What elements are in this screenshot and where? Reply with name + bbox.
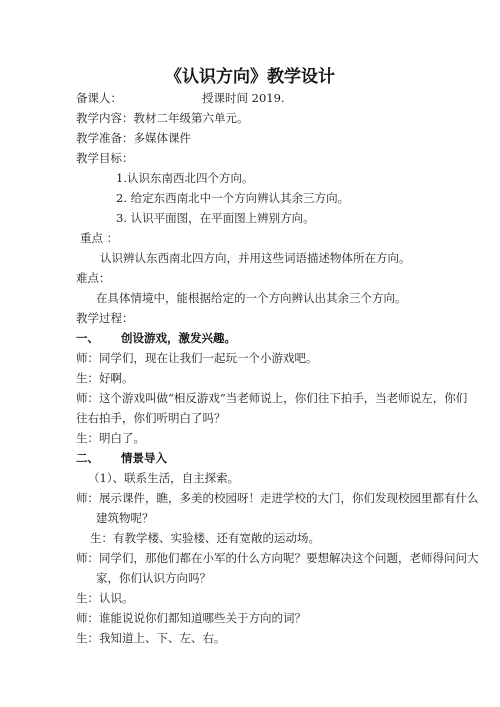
dialogue-line: 师：这个游戏叫做“相反游戏”当老师说上，你们往下拍手，当老师说左，你们: [76, 391, 467, 405]
dialogue-line: 生：认识。: [76, 591, 134, 605]
dialogue-line: 师：展示课件，瞧，多美的校园呀！走进学校的大门，你们发现校园里都有什么: [76, 491, 479, 505]
dialogue-line: 师：同学们，那他们都在小军的什么方向呢？要想解决这个问题，老师得问问大: [76, 551, 479, 565]
section-number: 二、: [76, 451, 99, 465]
difficulty-label: 难点：: [76, 271, 111, 285]
teaching-content: 教学内容：教材二年级第六单元。: [76, 111, 249, 125]
header-row: 备课人：授课时间 2019.: [76, 91, 285, 105]
preparer-label: 备课人：: [76, 91, 122, 105]
key-point-label: 重点 ：: [80, 231, 118, 245]
dialogue-line: 生：好啊。: [76, 371, 134, 385]
subsection-line: （1）、联系生活，自主探索。: [88, 471, 239, 485]
objective-item: 2. 给定东西南北中一个方向辨认其余三方向。: [116, 191, 349, 205]
dialogue-line: 师：同学们，现在让我们一起玩一个小游戏吧。: [76, 351, 318, 365]
dialogue-line: 往右拍手，你们听明白了吗？: [76, 411, 226, 425]
section-title: 创设游戏，激发兴趣。: [121, 331, 236, 345]
dialogue-line: 师：谁能说说你们都知道哪些关于方向的词？: [76, 611, 306, 625]
process-label: 教学过程：: [76, 311, 134, 325]
objective-item: 1.认识东南西北四个方向。: [116, 171, 253, 185]
dialogue-line: 生：有教学楼、实验楼、还有宽敞的运动场。: [90, 531, 320, 545]
class-time-label: 授课时间 2019.: [202, 91, 285, 105]
section-title: 情景导入: [121, 451, 167, 465]
dialogue-line: 家，你们认识方向吗？: [96, 571, 211, 585]
dialogue-line: 生：我知道上、下、左、右。: [76, 631, 226, 645]
document-title: 《认识方向》教学设计: [0, 62, 500, 87]
section-heading: 一、创设游戏，激发兴趣。: [76, 331, 236, 345]
teaching-preparation: 教学准备：多媒体课件: [76, 131, 191, 145]
section-heading: 二、情景导入: [76, 451, 167, 465]
difficulty-text: 在具体情境中，能根据给定的一个方向辨认出其余三个方向。: [96, 291, 407, 305]
objectives-label: 教学目标：: [76, 151, 134, 165]
objective-item: 3. 认识平面图，在平面图上辨别方向。: [116, 211, 315, 225]
dialogue-line: 生：明白了。: [76, 431, 145, 445]
key-point-text: 认识辨认东西南北四方向，并用这些词语描述物体所在方向。: [100, 251, 411, 265]
section-number: 一、: [76, 331, 99, 345]
dialogue-line: 建筑物呢？: [96, 511, 154, 525]
